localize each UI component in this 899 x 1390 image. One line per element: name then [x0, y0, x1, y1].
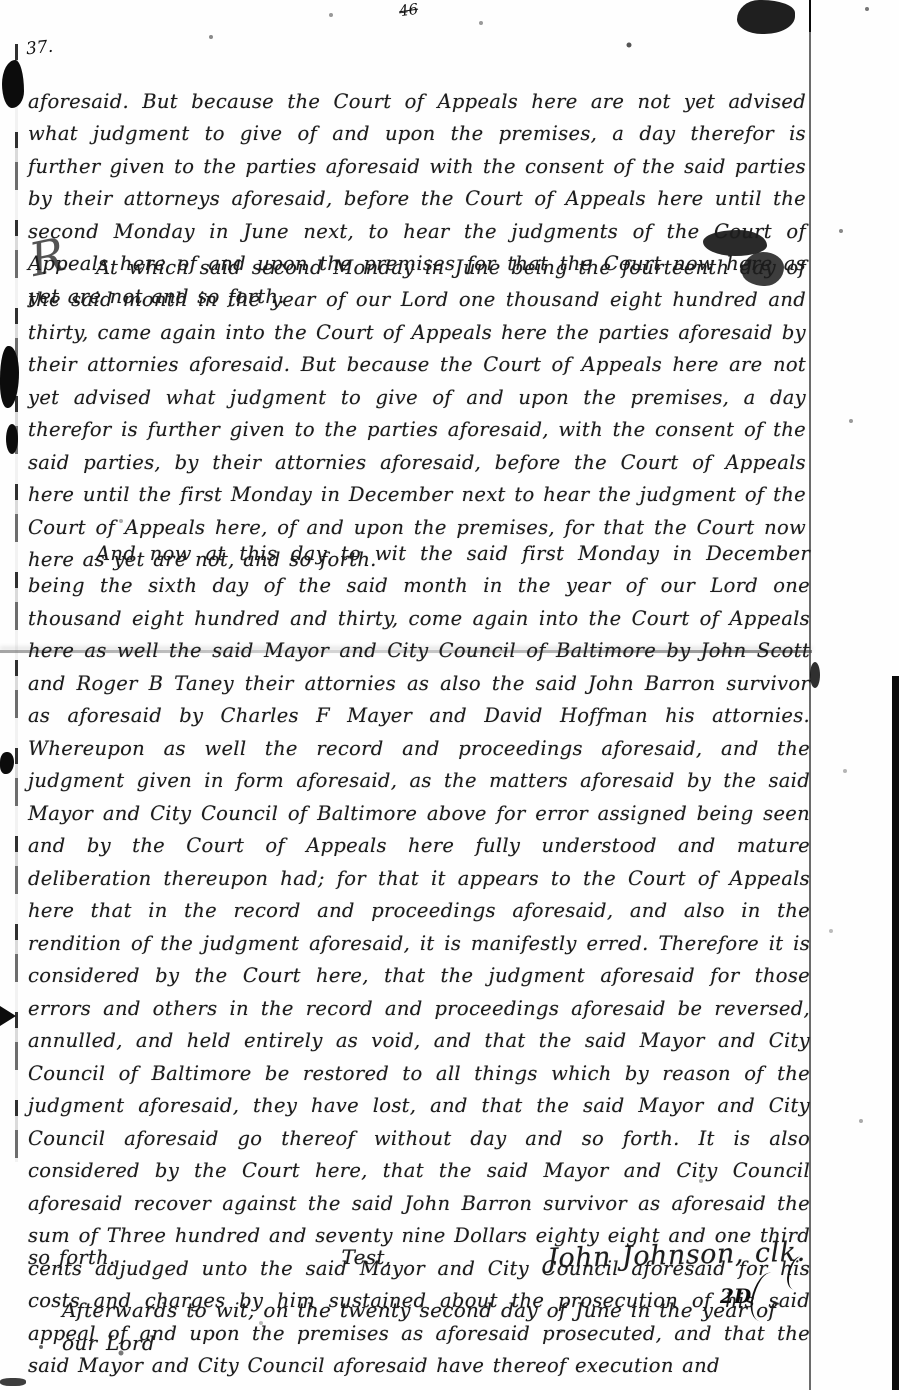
- attestation-row: so forth. Test, John Johnson, clk.: [28, 1240, 806, 1275]
- binding-bar: [892, 676, 899, 1390]
- ink-blot: [0, 1378, 26, 1386]
- so-forth-text: so forth.: [28, 1242, 116, 1275]
- ink-blot: [2, 60, 24, 108]
- test-label: Test,: [342, 1241, 392, 1274]
- ink-blot: [0, 1006, 16, 1026]
- afterwards-line: Afterwards to wit, on the twenty second …: [62, 1294, 808, 1359]
- ink-blot: [810, 662, 820, 688]
- ink-blot: [0, 752, 14, 774]
- left-edge-artifact-line: [15, 44, 18, 1162]
- ink-blot: [6, 424, 18, 454]
- noise-speckles: [0, 0, 2, 2]
- court-record-paragraph-2: At which said second Monday in June bein…: [28, 252, 806, 577]
- page-scan: 46 37. R aforesaid. But because the Cour…: [0, 0, 899, 1390]
- page-number-top-center: 46: [398, 0, 419, 20]
- docket-mark-2d: 2D: [720, 1284, 751, 1308]
- ink-blot: [737, 0, 795, 34]
- page-number-top-left: 37.: [25, 37, 54, 60]
- clerk-signature: John Johnson, clk.: [547, 1237, 806, 1276]
